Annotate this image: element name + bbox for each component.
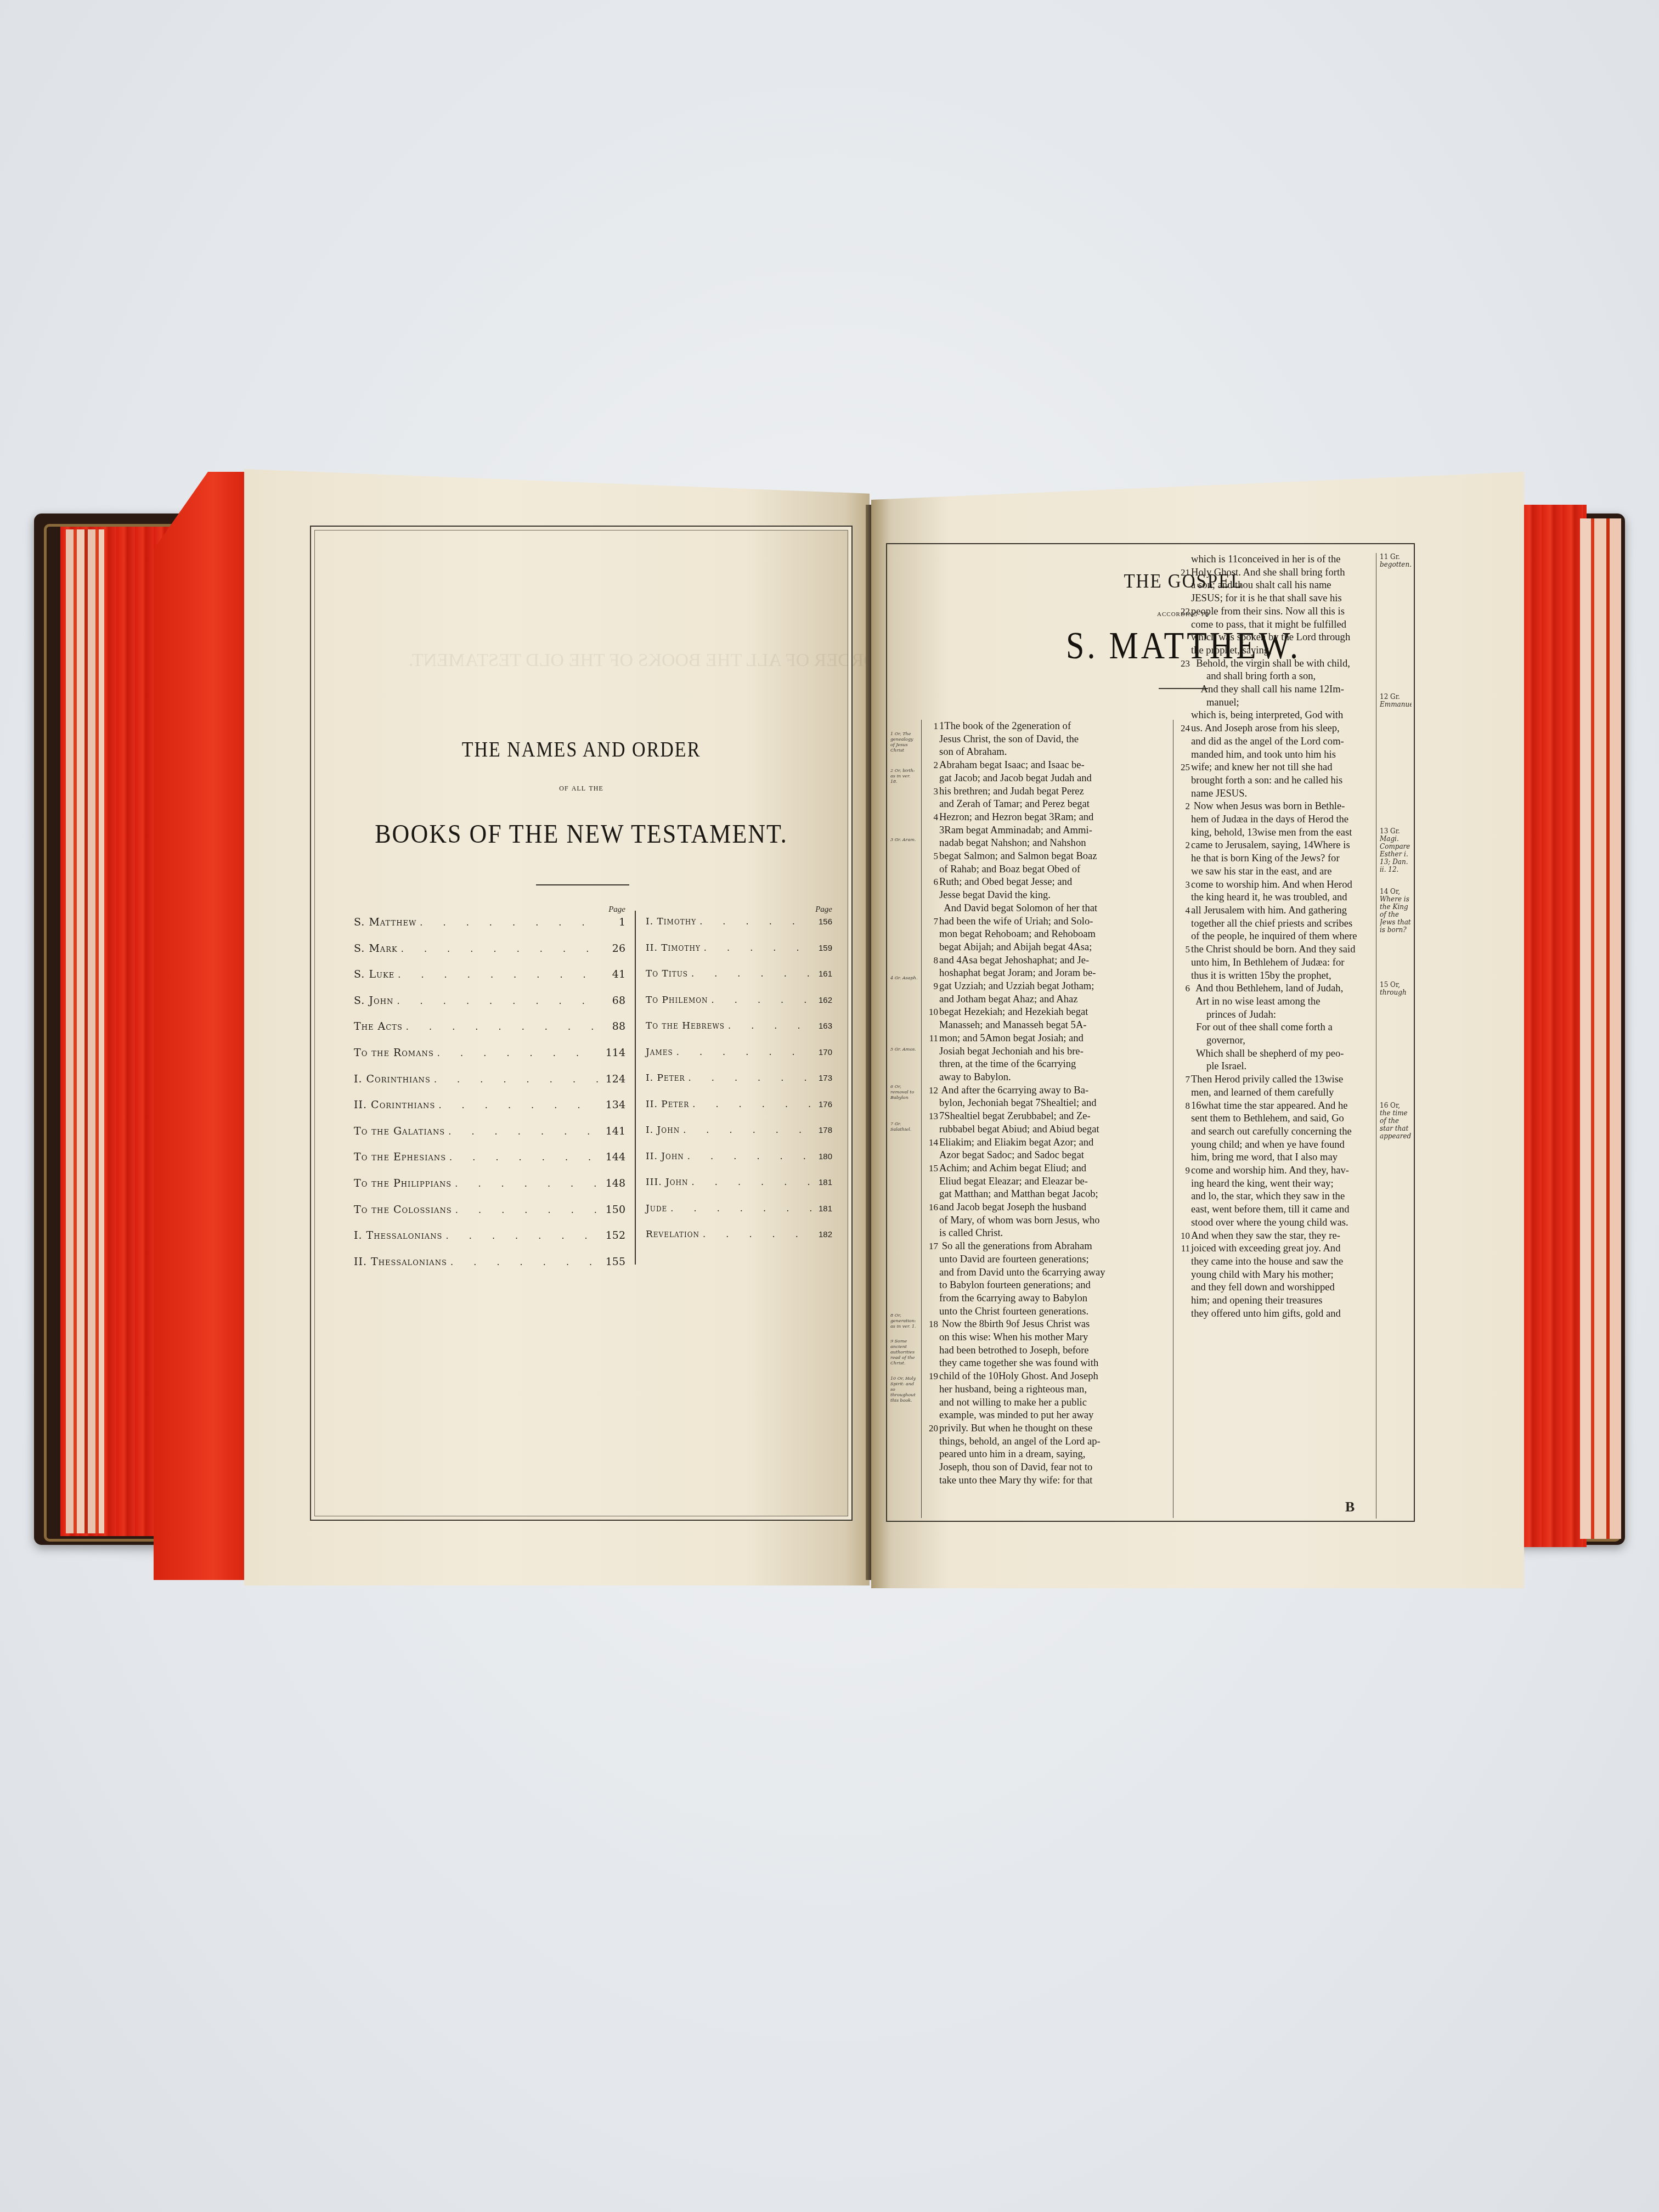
verse-text: Now the 8birth 9of Jesus Christ was bbox=[939, 1318, 1169, 1331]
verse-line: 21Holy Ghost. And she shall bring forth bbox=[1177, 566, 1373, 579]
verse-text: sent them to Bethlehem, and said, Go bbox=[1191, 1112, 1373, 1125]
verse-number: 12 bbox=[925, 1084, 938, 1097]
verse-text: Josiah begat Jechoniah and his bre- bbox=[939, 1045, 1169, 1058]
toc-entry[interactable]: S. Luke41 bbox=[354, 968, 625, 995]
verse-line: nadab begat Nahshon; and Nahshon bbox=[925, 837, 1169, 850]
verse-text: governor, bbox=[1191, 1034, 1373, 1047]
verse-line: to Babylon fourteen generations; and bbox=[925, 1279, 1169, 1292]
verse-text: and shall bring forth a son, bbox=[1191, 670, 1373, 683]
verse-text: 1The book of the 2generation of bbox=[939, 720, 1169, 733]
toc-entry[interactable]: To the Philippians148 bbox=[354, 1177, 625, 1204]
verse-line: unto the Christ fourteen generations. bbox=[925, 1305, 1169, 1318]
toc-entry[interactable]: To Philemon162 bbox=[646, 995, 832, 1021]
toc-title: BOOKS OF THE NEW TESTAMENT. bbox=[311, 818, 851, 849]
verse-number: 6 bbox=[925, 876, 938, 889]
verse-line: And David begat Solomon of her that bbox=[925, 902, 1169, 915]
verse-text: nadab begat Nahshon; and Nahshon bbox=[939, 837, 1169, 850]
verse-text: come to pass, that it might be fulfilled bbox=[1191, 618, 1373, 631]
verse-line: 7had been the wife of Uriah; and Solo- bbox=[925, 915, 1169, 928]
verse-line: bylon, Jechoniah begat 7Shealtiel; and bbox=[925, 1097, 1169, 1110]
verse-line: 6 And thou Bethlehem, land of Judah, bbox=[1177, 982, 1373, 995]
toc-entry[interactable]: I. John178 bbox=[646, 1125, 832, 1151]
verse-number: 24 bbox=[1177, 722, 1190, 735]
verse-text: begat Abijah; and Abijah begat 4Asa; bbox=[939, 941, 1169, 954]
verse-text: 7Shealtiel begat Zerubbabel; and Ze- bbox=[939, 1110, 1169, 1123]
verse-line: 2came to Jerusalem, saying, 14Where is bbox=[1177, 839, 1373, 852]
verse-line: Azor begat Sadoc; and Sadoc begat bbox=[925, 1149, 1169, 1162]
left-margin-notes: 1 Or, The genealogy of Jesus Christ 2 Or… bbox=[890, 553, 918, 1513]
verse-line: 3come to worship him. And when Herod bbox=[1177, 878, 1373, 891]
verse-line: from the 6carrying away to Babylon bbox=[925, 1292, 1169, 1305]
verse-number: 25 bbox=[1177, 761, 1190, 774]
toc-entry[interactable]: II. Thessalonians155 bbox=[354, 1256, 625, 1282]
verse-line: 2 Now when Jesus was born in Bethle- bbox=[1177, 800, 1373, 813]
verse-text: Hezron; and Hezron begat 3Ram; and bbox=[939, 811, 1169, 824]
verse-line: name JESUS. bbox=[1177, 787, 1373, 800]
verse-number: 13 bbox=[925, 1110, 938, 1123]
verse-text: Eliakim; and Eliakim begat Azor; and bbox=[939, 1136, 1169, 1149]
toc-entry[interactable]: S. John68 bbox=[354, 995, 625, 1021]
verse-text: gat Matthan; and Matthan begat Jacob; bbox=[939, 1188, 1169, 1201]
toc-entry[interactable]: To the Colossians150 bbox=[354, 1204, 625, 1230]
verse-text: wife; and knew her not till she had bbox=[1191, 761, 1373, 774]
verse-line: and did as the angel of the Lord com- bbox=[1177, 735, 1373, 748]
verse-line: gat Matthan; and Matthan begat Jacob; bbox=[925, 1188, 1169, 1201]
verse-text: And when they saw the star, they re- bbox=[1191, 1229, 1373, 1243]
verse-number: 11 bbox=[1177, 1242, 1190, 1255]
verse-line: mon begat Rehoboam; and Rehoboam bbox=[925, 928, 1169, 941]
margin-note: 12 Gr. Emmanuel. bbox=[1380, 693, 1412, 708]
verse-line: example, was minded to put her away bbox=[925, 1409, 1169, 1422]
verse-line: and from David unto the 6carrying away bbox=[925, 1266, 1169, 1279]
verse-text: and did as the angel of the Lord com- bbox=[1191, 735, 1373, 748]
verse-text: take unto thee Mary thy wife: for that bbox=[939, 1474, 1169, 1487]
toc-entry[interactable]: II. Peter176 bbox=[646, 1099, 832, 1125]
verse-text: Jesse begat David the king. bbox=[939, 889, 1169, 902]
toc-entry[interactable]: S. Mark26 bbox=[354, 943, 625, 969]
verse-line: Jesus Christ, the son of David, the bbox=[925, 733, 1169, 746]
toc-heading: THE NAMES AND ORDER bbox=[311, 738, 851, 762]
verse-text: And after the 6carrying away to Ba- bbox=[939, 1084, 1169, 1097]
verse-number: 16 bbox=[925, 1201, 938, 1214]
verse-number: 8 bbox=[925, 954, 938, 967]
verse-text: they came into the house and saw the bbox=[1191, 1255, 1373, 1268]
verse-line: 15Achim; and Achim begat Eliud; and bbox=[925, 1162, 1169, 1175]
verse-text: young child; and when ye have found bbox=[1191, 1138, 1373, 1152]
verse-text: on this wise: When his mother Mary bbox=[939, 1331, 1169, 1344]
verse-line: 17 So all the generations from Abraham bbox=[925, 1240, 1169, 1253]
verse-text: rubbabel begat Abiud; and Abiud begat bbox=[939, 1123, 1169, 1136]
verse-text: Joseph, thou son of David, fear not to bbox=[939, 1461, 1169, 1474]
verse-number: 22 bbox=[1177, 605, 1190, 618]
verse-text: men, and learned of them carefully bbox=[1191, 1086, 1373, 1099]
verse-text: a son; and thou shalt call his name bbox=[1191, 579, 1373, 592]
verse-line: 9gat Uzziah; and Uzziah begat Jotham; bbox=[925, 980, 1169, 993]
toc-entry[interactable]: III. John181 bbox=[646, 1177, 832, 1203]
verse-line: begat Abijah; and Abijah begat 4Asa; bbox=[925, 941, 1169, 954]
verse-text: Art in no wise least among the bbox=[1191, 995, 1373, 1008]
verse-text: brought forth a son: and he called his bbox=[1191, 774, 1373, 787]
verse-text: ple Israel. bbox=[1191, 1060, 1373, 1073]
verse-line: and Zerah of Tamar; and Perez begat bbox=[925, 798, 1169, 811]
verse-number: 15 bbox=[925, 1162, 938, 1175]
verse-text: and not willing to make her a public bbox=[939, 1396, 1169, 1409]
verse-text: and they fell down and worshipped bbox=[1191, 1281, 1373, 1294]
verse-line: men, and learned of them carefully bbox=[1177, 1086, 1373, 1099]
verse-text: had been betrothed to Joseph, before bbox=[939, 1344, 1169, 1357]
verse-number: 5 bbox=[925, 850, 938, 863]
verse-line: And they shall call his name 12Im- bbox=[1177, 683, 1373, 696]
verse-line: away to Babylon. bbox=[925, 1071, 1169, 1084]
toc-frame: THE NAMES AND ORDER of all the BOOKS OF … bbox=[310, 526, 853, 1521]
verse-text: had been the wife of Uriah; and Solo- bbox=[939, 915, 1169, 928]
verse-line: 2Abraham begat Isaac; and Isaac be- bbox=[925, 759, 1169, 772]
verse-line: of Mary, of whom was born Jesus, who bbox=[925, 1214, 1169, 1227]
verse-line: 4all Jerusalem with him. And gathering bbox=[1177, 904, 1373, 917]
verse-text: gat Jacob; and Jacob begat Judah and bbox=[939, 772, 1169, 785]
verse-text: hem of Judæa in the days of Herod the bbox=[1191, 813, 1373, 826]
verse-line: Manasseh; and Manasseh begat 5A- bbox=[925, 1019, 1169, 1032]
verse-line: young child with Mary his mother; bbox=[1177, 1268, 1373, 1282]
text-column-right: which is 11conceived in her is of the21H… bbox=[1173, 553, 1376, 1519]
verse-text: child of the 10Holy Ghost. And Joseph bbox=[939, 1370, 1169, 1383]
verse-line: thren, at the time of the 6carrying bbox=[925, 1058, 1169, 1071]
verse-line: hoshaphat begat Joram; and Joram be- bbox=[925, 967, 1169, 980]
verse-number: 17 bbox=[925, 1240, 938, 1253]
verse-text: they offered unto him gifts, gold and bbox=[1191, 1307, 1373, 1321]
verse-text: people from their sins. Now all this is bbox=[1191, 605, 1373, 618]
toc-column-right: Page I. Timothy156 II. Timothy159 To Tit… bbox=[646, 905, 832, 1255]
verse-number: 4 bbox=[925, 811, 938, 824]
verse-line: which was spoken by the Lord through bbox=[1177, 631, 1373, 644]
verse-line: 7Then Herod privily called the 13wise bbox=[1177, 1073, 1373, 1086]
verse-line: 9come and worship him. And they, hav- bbox=[1177, 1164, 1373, 1177]
verse-line: peared unto him in a dream, saying, bbox=[925, 1448, 1169, 1461]
margin-note: 14 Or, Where is the King of the Jews tha… bbox=[1380, 888, 1412, 934]
verse-line: 18 Now the 8birth 9of Jesus Christ was bbox=[925, 1318, 1169, 1331]
verse-line: 4Hezron; and Hezron begat 3Ram; and bbox=[925, 811, 1169, 824]
verse-text: begat Salmon; and Salmon begat Boaz bbox=[939, 850, 1169, 863]
verse-text: Which shall be shepherd of my peo- bbox=[1191, 1047, 1373, 1060]
left-endpaper-edges bbox=[66, 529, 104, 1533]
verse-line: manuel; bbox=[1177, 696, 1373, 709]
verse-number: 18 bbox=[925, 1318, 938, 1331]
verse-number: 3 bbox=[925, 785, 938, 798]
right-margin-notes: 11 Gr. begotten. 12 Gr. Emmanuel. 13 Gr.… bbox=[1380, 553, 1412, 1519]
toc-column-divider bbox=[635, 911, 636, 1265]
verse-text: Manasseh; and Manasseh begat 5A- bbox=[939, 1019, 1169, 1032]
verse-text: gat Uzziah; and Uzziah begat Jotham; bbox=[939, 980, 1169, 993]
verse-text: bylon, Jechoniah begat 7Shealtiel; and bbox=[939, 1097, 1169, 1110]
verse-text: Achim; and Achim begat Eliud; and bbox=[939, 1162, 1169, 1175]
verse-number: 11 bbox=[925, 1032, 938, 1045]
verse-line: her husband, being a righteous man, bbox=[925, 1383, 1169, 1396]
right-endpaper-edges bbox=[1580, 518, 1621, 1539]
toc-entry[interactable]: Revelation182 bbox=[646, 1229, 832, 1255]
verse-line: they came into the house and saw the bbox=[1177, 1255, 1373, 1268]
verse-text: which was spoken by the Lord through bbox=[1191, 631, 1373, 644]
toc-entry[interactable]: II. Timothy159 bbox=[646, 943, 832, 969]
toc-entry[interactable]: To the Hebrews163 bbox=[646, 1020, 832, 1047]
toc-entry[interactable]: II. Corinthians134 bbox=[354, 1099, 625, 1125]
verse-line: sent them to Bethlehem, and said, Go bbox=[1177, 1112, 1373, 1125]
verse-line: of Rahab; and Boaz begat Obed of bbox=[925, 863, 1169, 876]
verse-line: 16and Jacob begat Joseph the husband bbox=[925, 1201, 1169, 1214]
verse-line: had been betrothed to Joseph, before bbox=[925, 1344, 1169, 1357]
verse-line: manded him, and took unto him his bbox=[1177, 748, 1373, 761]
verse-number: 2 bbox=[1177, 839, 1190, 852]
verse-number: 9 bbox=[925, 980, 938, 993]
verse-text: and search out carefully concerning the bbox=[1191, 1125, 1373, 1138]
verse-text: Abraham begat Isaac; and Isaac be- bbox=[939, 759, 1169, 772]
verse-text: peared unto him in a dream, saying, bbox=[939, 1448, 1169, 1461]
verse-line: 5begat Salmon; and Salmon begat Boaz bbox=[925, 850, 1169, 863]
right-page-edges bbox=[1521, 505, 1587, 1547]
verse-line: ing heard the king, went their way; bbox=[1177, 1177, 1373, 1190]
verse-text: come to worship him. And when Herod bbox=[1191, 878, 1373, 891]
verse-line: 23 Behold, the virgin shall be with chil… bbox=[1177, 657, 1373, 670]
toc-subheading: of all the bbox=[311, 782, 851, 793]
verse-number: 7 bbox=[925, 915, 938, 928]
verse-text: to Babylon fourteen generations; and bbox=[939, 1279, 1169, 1292]
margin-note: 15 Or, through bbox=[1380, 981, 1412, 996]
verse-line: 3Ram begat Amminadab; and Ammi- bbox=[925, 824, 1169, 837]
signature-mark: B bbox=[1345, 1499, 1355, 1515]
margin-note: 13 Gr. Magi. Compare Esther i. 13; Dan. … bbox=[1380, 827, 1412, 873]
verse-line: and lo, the star, which they saw in the bbox=[1177, 1190, 1373, 1203]
verse-line: together all the chief priests and scrib… bbox=[1177, 917, 1373, 930]
verse-line: of the people, he inquired of them where bbox=[1177, 930, 1373, 943]
verse-line: governor, bbox=[1177, 1034, 1373, 1047]
verse-line: 25wife; and knew her not till she had bbox=[1177, 761, 1373, 774]
verse-line: young child; and when ye have found bbox=[1177, 1138, 1373, 1152]
verse-line: him, bring me word, that I also may bbox=[1177, 1151, 1373, 1164]
verse-text: away to Babylon. bbox=[939, 1071, 1169, 1084]
verse-text: manuel; bbox=[1191, 696, 1373, 709]
verse-line: they offered unto him gifts, gold and bbox=[1177, 1307, 1373, 1321]
verse-text: thus it is written 15by the prophet, bbox=[1191, 969, 1373, 983]
verse-line: come to pass, that it might be fulfilled bbox=[1177, 618, 1373, 631]
verse-text: unto David are fourteen generations; bbox=[939, 1253, 1169, 1266]
verse-text: unto him, In Bethlehem of Judæa: for bbox=[1191, 956, 1373, 969]
verse-text: her husband, being a righteous man, bbox=[939, 1383, 1169, 1396]
verse-number: 9 bbox=[1177, 1164, 1190, 1177]
verse-line: 137Shealtiel begat Zerubbabel; and Ze- bbox=[925, 1110, 1169, 1123]
verse-text: stood over where the young child was. bbox=[1191, 1216, 1373, 1229]
verse-text: son of Abraham. bbox=[939, 746, 1169, 759]
verse-text: all Jerusalem with him. And gathering bbox=[1191, 904, 1373, 917]
verse-line: Joseph, thou son of David, fear not to bbox=[925, 1461, 1169, 1474]
verse-line: he that is born King of the Jews? for bbox=[1177, 852, 1373, 865]
verse-text: Ruth; and Obed begat Jesse; and bbox=[939, 876, 1169, 889]
verse-number: 10 bbox=[1177, 1229, 1190, 1243]
page-column-label: Page bbox=[354, 905, 625, 916]
verse-text: of Rahab; and Boaz begat Obed of bbox=[939, 863, 1169, 876]
verse-text: thren, at the time of the 6carrying bbox=[939, 1058, 1169, 1071]
verse-line: 10And when they saw the star, they re- bbox=[1177, 1229, 1373, 1243]
verse-text: him, bring me word, that I also may bbox=[1191, 1151, 1373, 1164]
verse-line: 24us. And Joseph arose from his sleep, bbox=[1177, 722, 1373, 735]
verse-line: take unto thee Mary thy wife: for that bbox=[925, 1474, 1169, 1487]
verse-line: unto David are fourteen generations; bbox=[925, 1253, 1169, 1266]
verse-text: the Christ should be born. And they said bbox=[1191, 943, 1373, 956]
toc-entry[interactable]: James170 bbox=[646, 1047, 832, 1073]
verse-line: thus it is written 15by the prophet, bbox=[1177, 969, 1373, 983]
verse-line: which is, being interpreted, God with bbox=[1177, 709, 1373, 722]
verse-line: brought forth a son: and he called his bbox=[1177, 774, 1373, 787]
verse-text: which is 11conceived in her is of the bbox=[1191, 553, 1373, 566]
verse-line: and shall bring forth a son, bbox=[1177, 670, 1373, 683]
verse-line: JESUS; for it is he that shall save his bbox=[1177, 592, 1373, 605]
verse-text: and from David unto the 6carrying away bbox=[939, 1266, 1169, 1279]
verse-text: 16what time the star appeared. And he bbox=[1191, 1099, 1373, 1113]
verse-line: the prophet, saying, bbox=[1177, 644, 1373, 657]
toc-rule bbox=[536, 884, 629, 885]
verse-text: Eliud begat Eleazar; and Eleazar be- bbox=[939, 1175, 1169, 1188]
verse-text: princes of Judah: bbox=[1191, 1008, 1373, 1022]
verse-number: 3 bbox=[1177, 878, 1190, 891]
left-red-page-fan bbox=[154, 472, 252, 1580]
verse-text: the prophet, saying, bbox=[1191, 644, 1373, 657]
verse-line: 5the Christ should be born. And they sai… bbox=[1177, 943, 1373, 956]
left-page[interactable]: THE NAMES AND ORDER OF ALL THE BOOKS OF … bbox=[244, 469, 870, 1585]
verse-text: things, behold, an angel of the Lord ap- bbox=[939, 1435, 1169, 1448]
verse-number: 19 bbox=[925, 1370, 938, 1383]
verse-text: of Mary, of whom was born Jesus, who bbox=[939, 1214, 1169, 1227]
verse-line: 11The book of the 2generation of bbox=[925, 720, 1169, 733]
toc-entry[interactable]: I. Peter173 bbox=[646, 1073, 832, 1099]
verse-number: 2 bbox=[925, 759, 938, 772]
verse-number: 2 bbox=[1177, 800, 1190, 813]
verse-line: gat Jacob; and Jacob begat Judah and bbox=[925, 772, 1169, 785]
verse-line: 11mon; and 5Amon begat Josiah; and bbox=[925, 1032, 1169, 1045]
verse-line: him; and opening their treasures bbox=[1177, 1294, 1373, 1307]
toc-entry[interactable]: II. John180 bbox=[646, 1151, 832, 1177]
verse-text: Azor begat Sadoc; and Sadoc begat bbox=[939, 1149, 1169, 1162]
verse-text: and 4Asa begat Jehoshaphat; and Je- bbox=[939, 954, 1169, 967]
verse-line: the king heard it, he was troubled, and bbox=[1177, 891, 1373, 904]
verse-line: son of Abraham. bbox=[925, 746, 1169, 759]
verse-number: 23 bbox=[1177, 657, 1190, 670]
verse-line: is called Christ. bbox=[925, 1227, 1169, 1240]
verse-text: and Zerah of Tamar; and Perez begat bbox=[939, 798, 1169, 811]
toc-entry[interactable]: To the Galatians141 bbox=[354, 1125, 625, 1152]
verse-line: which is 11conceived in her is of the bbox=[1177, 553, 1373, 566]
toc-entry[interactable]: Jude181 bbox=[646, 1203, 832, 1229]
verse-text: the king heard it, he was troubled, and bbox=[1191, 891, 1373, 904]
verse-text: we saw his star in the east, and are bbox=[1191, 865, 1373, 878]
verse-number: 14 bbox=[925, 1136, 938, 1149]
verse-line: east, went before them, till it came and bbox=[1177, 1203, 1373, 1216]
verse-line: 12 And after the 6carrying away to Ba- bbox=[925, 1084, 1169, 1097]
toc-entry[interactable]: The Acts88 bbox=[354, 1020, 625, 1047]
verse-line: and Jotham begat Ahaz; and Ahaz bbox=[925, 993, 1169, 1006]
verse-text: and Jacob begat Joseph the husband bbox=[939, 1201, 1169, 1214]
verse-number: 5 bbox=[1177, 943, 1190, 956]
verse-text: of the people, he inquired of them where bbox=[1191, 930, 1373, 943]
verse-line: For out of thee shall come forth a bbox=[1177, 1021, 1373, 1034]
verse-text: came to Jerusalem, saying, 14Where is bbox=[1191, 839, 1373, 852]
gospel-frame: THE GOSPEL according to S. MATTHEW. 1 Or… bbox=[886, 543, 1415, 1522]
verse-line: Josiah begat Jechoniah and his bre- bbox=[925, 1045, 1169, 1058]
toc-entry[interactable]: I. Timothy156 bbox=[646, 916, 832, 943]
verse-text: So all the generations from Abraham bbox=[939, 1240, 1169, 1253]
verse-number: 4 bbox=[1177, 904, 1190, 917]
verse-line: and search out carefully concerning the bbox=[1177, 1125, 1373, 1138]
verse-text: mon; and 5Amon begat Josiah; and bbox=[939, 1032, 1169, 1045]
verse-text: Holy Ghost. And she shall bring forth bbox=[1191, 566, 1373, 579]
verse-text: joiced with exceeding great joy. And bbox=[1191, 1242, 1373, 1255]
verse-line: ple Israel. bbox=[1177, 1060, 1373, 1073]
verse-text: name JESUS. bbox=[1191, 787, 1373, 800]
verse-text: Now when Jesus was born in Bethle- bbox=[1191, 800, 1373, 813]
verse-text: begat Hezekiah; and Hezekiah begat bbox=[939, 1006, 1169, 1019]
verse-text: and lo, the star, which they saw in the bbox=[1191, 1190, 1373, 1203]
toc-column-left: Page S. Matthew1 S. Mark26 S. Luke41 S. … bbox=[354, 905, 625, 1282]
verse-line: 22people from their sins. Now all this i… bbox=[1177, 605, 1373, 618]
toc-entry[interactable]: S. Matthew1 bbox=[354, 916, 625, 943]
right-page[interactable]: THE GOSPEL according to S. MATTHEW. 1 Or… bbox=[871, 472, 1524, 1588]
verse-number: 1 bbox=[925, 720, 938, 733]
verse-text: he that is born King of the Jews? for bbox=[1191, 852, 1373, 865]
verse-line: and they fell down and worshipped bbox=[1177, 1281, 1373, 1294]
toc-entry[interactable]: To the Romans114 bbox=[354, 1047, 625, 1073]
verse-text: JESUS; for it is he that shall save his bbox=[1191, 592, 1373, 605]
verse-text: is called Christ. bbox=[939, 1227, 1169, 1240]
verse-line: Which shall be shepherd of my peo- bbox=[1177, 1047, 1373, 1060]
page-column-label: Page bbox=[646, 905, 832, 916]
verse-line: stood over where the young child was. bbox=[1177, 1216, 1373, 1229]
verse-text: hoshaphat begat Joram; and Joram be- bbox=[939, 967, 1169, 980]
verse-line: princes of Judah: bbox=[1177, 1008, 1373, 1022]
margin-note: 16 Or, the time of the star that appeare… bbox=[1380, 1102, 1412, 1140]
verse-line: 10begat Hezekiah; and Hezekiah begat bbox=[925, 1006, 1169, 1019]
toc-entry[interactable]: To the Ephesians144 bbox=[354, 1151, 625, 1177]
verse-text: young child with Mary his mother; bbox=[1191, 1268, 1373, 1282]
verse-line: 3his brethren; and Judah begat Perez bbox=[925, 785, 1169, 798]
verse-text: And David begat Solomon of her that bbox=[939, 902, 1169, 915]
verse-text: together all the chief priests and scrib… bbox=[1191, 917, 1373, 930]
verse-number: 20 bbox=[925, 1422, 938, 1435]
verse-text: from the 6carrying away to Babylon bbox=[939, 1292, 1169, 1305]
verse-text: For out of thee shall come forth a bbox=[1191, 1021, 1373, 1034]
verse-line: Eliud begat Eleazar; and Eleazar be- bbox=[925, 1175, 1169, 1188]
verse-number: 7 bbox=[1177, 1073, 1190, 1086]
verse-text: manded him, and took unto him his bbox=[1191, 748, 1373, 761]
verse-text: his brethren; and Judah begat Perez bbox=[939, 785, 1169, 798]
verse-line: and not willing to make her a public bbox=[925, 1396, 1169, 1409]
verse-line: Jesse begat David the king. bbox=[925, 889, 1169, 902]
toc-entry[interactable]: To Titus161 bbox=[646, 968, 832, 995]
verse-number: 21 bbox=[1177, 566, 1190, 579]
verse-line: 20privily. But when he thought on these bbox=[925, 1422, 1169, 1435]
verse-text: king, behold, 13wise men from the east bbox=[1191, 826, 1373, 839]
toc-entry[interactable]: I. Corinthians124 bbox=[354, 1073, 625, 1099]
verse-line: 6Ruth; and Obed begat Jesse; and bbox=[925, 876, 1169, 889]
toc-entry[interactable]: I. Thessalonians152 bbox=[354, 1229, 625, 1256]
verse-line: we saw his star in the east, and are bbox=[1177, 865, 1373, 878]
verse-text: Then Herod privily called the 13wise bbox=[1191, 1073, 1373, 1086]
text-column-left: 11The book of the 2generation ofJesus Ch… bbox=[921, 720, 1173, 1518]
verse-line: 14Eliakim; and Eliakim begat Azor; and bbox=[925, 1136, 1169, 1149]
verse-text: unto the Christ fourteen generations. bbox=[939, 1305, 1169, 1318]
margin-note: 11 Gr. begotten. bbox=[1380, 553, 1412, 568]
verse-text: Behold, the virgin shall be with child, bbox=[1191, 657, 1373, 670]
verse-line: they came together she was found with bbox=[925, 1357, 1169, 1370]
verse-line: a son; and thou shalt call his name bbox=[1177, 579, 1373, 592]
verse-line: on this wise: When his mother Mary bbox=[925, 1331, 1169, 1344]
verse-text: and Jotham begat Ahaz; and Ahaz bbox=[939, 993, 1169, 1006]
